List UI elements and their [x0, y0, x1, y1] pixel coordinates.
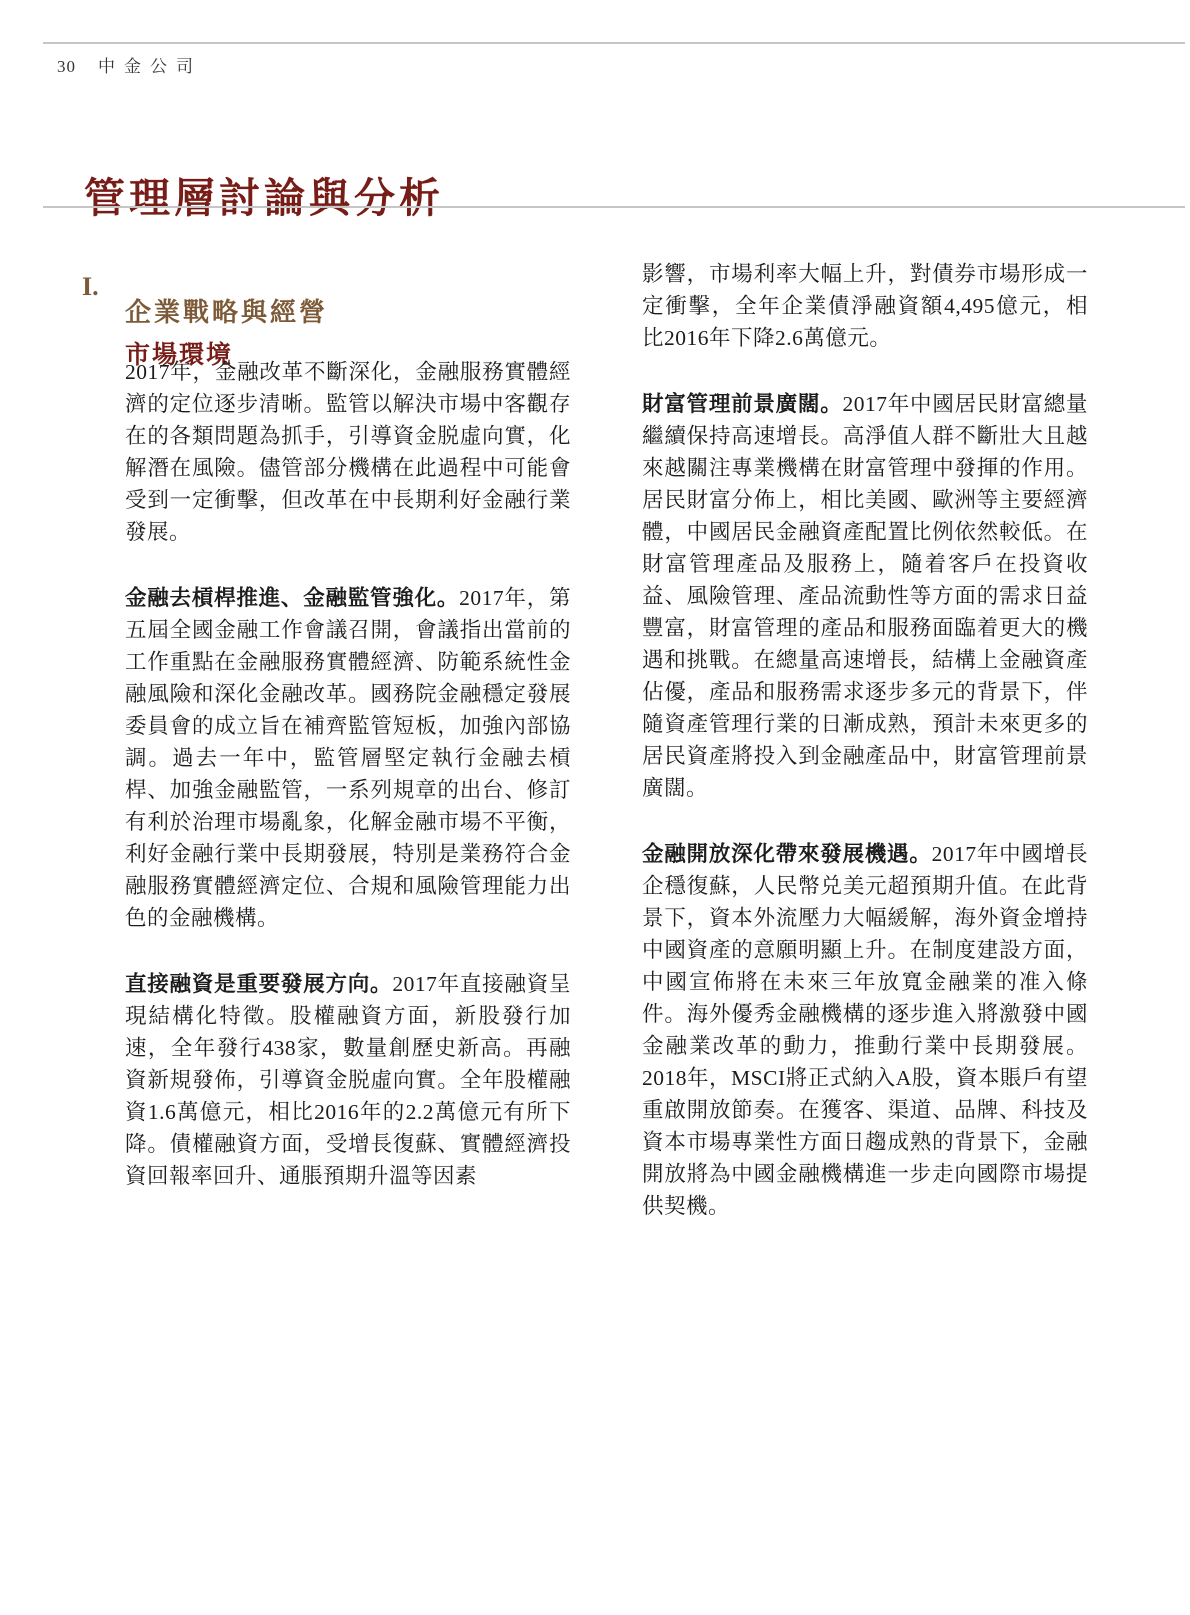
company-name: 中金公司 — [98, 52, 202, 77]
paragraph-text: 2017年中國居民財富總量繼續保持高速增長。高淨值人群不斷壯大且越來越關注專業機… — [642, 392, 1088, 800]
paragraph-text: 2017年，第五屆全國金融工作會議召開，會議指出當前的工作重點在金融服務實體經濟… — [125, 586, 571, 930]
right-column: 影響，市場利率大幅上升，對債券市場形成一定衝擊，全年企業債淨融資額4,495億元… — [642, 258, 1088, 1256]
page-header: 30 中金公司 — [57, 52, 202, 77]
paragraph-text: 2017年，金融改革不斷深化，金融服務實體經濟的定位逐步清晰。監管以解決市場中客… — [125, 360, 571, 544]
page-number: 30 — [57, 57, 76, 77]
paragraph-lead: 直接融資是重要發展方向。 — [125, 972, 392, 996]
paragraph: 影響，市場利率大幅上升，對債券市場形成一定衝擊，全年企業債淨融資額4,495億元… — [642, 258, 1088, 354]
paragraph-text: 影響，市場利率大幅上升，對債券市場形成一定衝擊，全年企業債淨融資額4,495億元… — [642, 262, 1088, 350]
header-divider — [43, 42, 1185, 44]
paragraph-lead: 金融去槓桿推進、金融監管強化。 — [125, 586, 459, 610]
paragraph-text: 2017年中國增長企穩復蘇，人民幣兑美元超預期升值。在此背景下，資本外流壓力大幅… — [642, 842, 1088, 1218]
paragraph: 金融去槓桿推進、金融監管強化。2017年，第五屆全國金融工作會議召開，會議指出當… — [125, 582, 571, 934]
section-numeral: I. — [82, 272, 99, 302]
paragraph: 2017年，金融改革不斷深化，金融服務實體經濟的定位逐步清晰。監管以解決市場中客… — [125, 356, 571, 548]
paragraph: 直接融資是重要發展方向。2017年直接融資呈現結構化特徵。股權融資方面，新股發行… — [125, 968, 571, 1192]
report-page: 30 中金公司 管理層討論與分析 I. 企業戰略與經營 市場環境 2017年，金… — [0, 0, 1190, 1615]
paragraph-lead: 金融開放深化帶來發展機遇。 — [642, 842, 932, 866]
paragraph: 財富管理前景廣闊。2017年中國居民財富總量繼續保持高速增長。高淨值人群不斷壯大… — [642, 388, 1088, 804]
page-title: 管理層討論與分析 — [84, 165, 444, 224]
left-column: 2017年，金融改革不斷深化，金融服務實體經濟的定位逐步清晰。監管以解決市場中客… — [125, 356, 571, 1226]
paragraph-lead: 財富管理前景廣闊。 — [642, 392, 843, 416]
title-divider — [43, 206, 1185, 208]
paragraph: 金融開放深化帶來發展機遇。2017年中國增長企穩復蘇，人民幣兑美元超預期升值。在… — [642, 838, 1088, 1222]
paragraph-text: 2017年直接融資呈現結構化特徵。股權融資方面，新股發行加速，全年發行438家，… — [125, 972, 571, 1188]
section-heading: 企業戰略與經營 — [125, 292, 328, 329]
